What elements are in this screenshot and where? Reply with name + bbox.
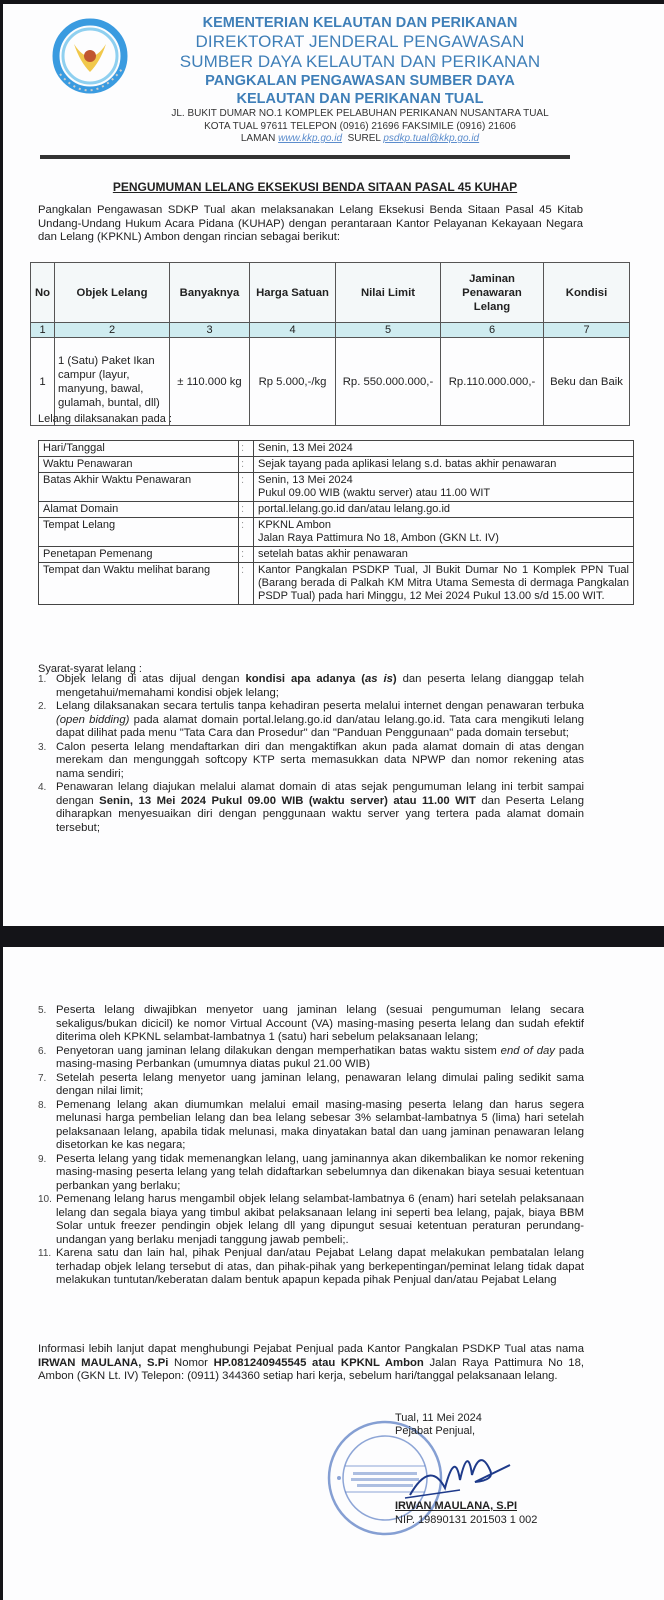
web-email-line: LAMAN www.kkp.go.id SUREL psdkp.tual@kkp… bbox=[140, 133, 580, 146]
col-number: 6 bbox=[441, 323, 544, 338]
surel-label: SUREL bbox=[348, 133, 381, 144]
email-link[interactable]: psdkp.tual@kkp.go.id bbox=[383, 133, 479, 144]
schedule-value: Senin, 13 Mei 2024 bbox=[258, 474, 629, 487]
schedule-value: portal.lelang.go.id dan/atau lelang.go.i… bbox=[254, 502, 634, 518]
official-phone: HP.081240945545 atau KPKNL Ambon bbox=[214, 1357, 424, 1369]
schedule-row: Batas Akhir Waktu Penawaran : Senin, 13 … bbox=[39, 473, 634, 502]
schedule-value: Senin, 13 Mei 2024 bbox=[254, 441, 634, 457]
schedule-value: Kantor Pangkalan PSDKP Tual, Jl Bukit Du… bbox=[254, 563, 634, 605]
term-item: 5.Peserta lelang diwajibkan menyetor uan… bbox=[38, 1004, 584, 1045]
separator: : bbox=[239, 502, 254, 518]
schedule-row: Alamat Domain : portal.lelang.go.id dan/… bbox=[39, 502, 634, 518]
schedule-row: Hari/Tanggal : Senin, 13 Mei 2024 bbox=[39, 441, 634, 457]
col-number: 5 bbox=[336, 323, 441, 338]
separator: : bbox=[239, 473, 254, 502]
cell-banyaknya: ± 110.000 kg bbox=[170, 338, 250, 426]
col-number: 7 bbox=[544, 323, 630, 338]
col-number: 1 bbox=[31, 323, 55, 338]
intro-paragraph: Pangkalan Pengawasan SDKP Tual akan mela… bbox=[38, 204, 583, 245]
col-header-no: No bbox=[31, 263, 55, 323]
schedule-key: Batas Akhir Waktu Penawaran bbox=[39, 473, 239, 502]
term-item: 4.Penawaran lelang diajukan melalui alam… bbox=[38, 781, 584, 835]
schedule-key: Tempat Lelang bbox=[39, 518, 239, 547]
address-line-2: KOTA TUAL 97611 TELEPON (0916) 21696 FAK… bbox=[140, 121, 580, 134]
term-item: 8.Pemenang lelang akan diumumkan melalui… bbox=[38, 1099, 584, 1153]
col-header-jaminan: Jaminan Penawaran Lelang bbox=[441, 263, 544, 323]
signature-block: Tual, 11 Mei 2024 Pejabat Penjual, IRWAN… bbox=[395, 1412, 482, 1438]
official-name: IRWAN MAULANA, S.Pi bbox=[38, 1357, 168, 1369]
col-header-harga: Harga Satuan bbox=[250, 263, 336, 323]
address-line-1: JL. BUKIT DUMAR NO.1 KOMPLEK PELABUHAN P… bbox=[140, 108, 580, 121]
terms-list-page-2: 5.Peserta lelang diwajibkan menyetor uan… bbox=[38, 1004, 584, 1288]
separator: : bbox=[239, 547, 254, 563]
term-item: 3.Calon peserta lelang mendaftarkan diri… bbox=[38, 741, 584, 782]
col-header-banyaknya: Banyaknya bbox=[170, 263, 250, 323]
schedule-value: KPKNL Ambon bbox=[258, 519, 629, 532]
place-date: Tual, 11 Mei 2024 bbox=[395, 1412, 482, 1425]
schedule-row: Penetapan Pemenang : setelah batas akhir… bbox=[39, 547, 634, 563]
unit-line-2: KELAUTAN DAN PERIKANAN TUAL bbox=[140, 90, 580, 108]
ministry-name: KEMENTERIAN KELAUTAN DAN PERIKANAN bbox=[140, 14, 580, 32]
laman-label: LAMAN bbox=[241, 133, 275, 144]
website-link[interactable]: www.kkp.go.id bbox=[278, 133, 342, 144]
cell-jaminan: Rp.110.000.000,- bbox=[441, 338, 544, 426]
separator: : bbox=[239, 563, 254, 605]
schedule-row: Waktu Penawaran : Sejak tayang pada apli… bbox=[39, 457, 634, 473]
schedule-key: Hari/Tanggal bbox=[39, 441, 239, 457]
contact-info-paragraph: Informasi lebih lanjut dapat menghubungi… bbox=[38, 1343, 584, 1384]
directorate-line-2: SUMBER DAYA KELAUTAN DAN PERIKANAN bbox=[140, 52, 580, 72]
schedule-value-2: Jalan Raya Pattimura No 18, Ambon (GKN L… bbox=[258, 532, 629, 545]
letterhead-divider bbox=[40, 155, 570, 159]
col-header-kondisi: Kondisi bbox=[544, 263, 630, 323]
terms-list-page-1: 1.Objek lelang di atas dijual dengan kon… bbox=[38, 673, 584, 835]
schedule-value-2: Pukul 09.00 WIB (waktu server) atau 11.0… bbox=[258, 487, 629, 500]
schedule-key: Waktu Penawaran bbox=[39, 457, 239, 473]
cell-nilai-limit: Rp. 550.000.000,- bbox=[336, 338, 441, 426]
separator: : bbox=[239, 518, 254, 547]
col-header-nilai-limit: Nilai Limit bbox=[336, 263, 441, 323]
schedule-value: Sejak tayang pada aplikasi lelang s.d. b… bbox=[254, 457, 634, 473]
schedule-value: setelah batas akhir penawaran bbox=[254, 547, 634, 563]
schedule-key: Alamat Domain bbox=[39, 502, 239, 518]
signer-nip: NIP. 19890131 201503 1 002 bbox=[395, 1514, 537, 1527]
schedule-row: Tempat dan Waktu melihat barang : Kantor… bbox=[39, 563, 634, 605]
term-item: 1.Objek lelang di atas dijual dengan kon… bbox=[38, 673, 584, 700]
letterhead: KEMENTERIAN KELAUTAN DAN PERIKANAN DIREK… bbox=[140, 14, 580, 146]
ministry-emblem-icon bbox=[40, 14, 140, 114]
signer-role: Pejabat Penjual, bbox=[395, 1425, 482, 1438]
term-item: 11.Karena satu dan lain hal, pihak Penju… bbox=[38, 1247, 584, 1288]
col-number: 2 bbox=[55, 323, 170, 338]
handwritten-signature-icon bbox=[400, 1440, 520, 1500]
signer-name: IRWAN MAULANA, S.PI bbox=[395, 1500, 517, 1513]
term-item: 9.Peserta lelang yang tidak memenangkan … bbox=[38, 1153, 584, 1194]
term-item: 6.Penyetoran uang jaminan lelang dilakuk… bbox=[38, 1045, 584, 1072]
term-item: 2.Lelang dilaksanakan secara tertulis ta… bbox=[38, 700, 584, 741]
schedule-row: Tempat Lelang : KPKNL Ambon Jalan Raya P… bbox=[39, 518, 634, 547]
col-number: 3 bbox=[170, 323, 250, 338]
unit-line-1: PANGKALAN PENGAWASAN SUMBER DAYA bbox=[140, 72, 580, 90]
document-title: PENGUMUMAN LELANG EKSEKUSI BENDA SITAAN … bbox=[0, 180, 630, 194]
schedule-key: Penetapan Pemenang bbox=[39, 547, 239, 563]
col-number: 4 bbox=[250, 323, 336, 338]
directorate-line-1: DIREKTORAT JENDERAL PENGAWASAN bbox=[140, 32, 580, 52]
term-item: 10.Pemenang lelang harus mengambil objek… bbox=[38, 1193, 584, 1247]
schedule-table: Hari/Tanggal : Senin, 13 Mei 2024 Waktu … bbox=[38, 440, 634, 605]
term-item: 7.Setelah peserta lelang menyetor uang j… bbox=[38, 1072, 584, 1099]
execution-label: Lelang dilaksanakan pada : bbox=[38, 413, 172, 425]
cell-kondisi: Beku dan Baik bbox=[544, 338, 630, 426]
separator: : bbox=[239, 457, 254, 473]
separator: : bbox=[239, 441, 254, 457]
col-header-objek: Objek Lelang bbox=[55, 263, 170, 323]
cell-harga-satuan: Rp 5.000,-/kg bbox=[250, 338, 336, 426]
schedule-key: Tempat dan Waktu melihat barang bbox=[39, 563, 239, 605]
auction-lot-table: No Objek Lelang Banyaknya Harga Satuan N… bbox=[30, 262, 630, 426]
